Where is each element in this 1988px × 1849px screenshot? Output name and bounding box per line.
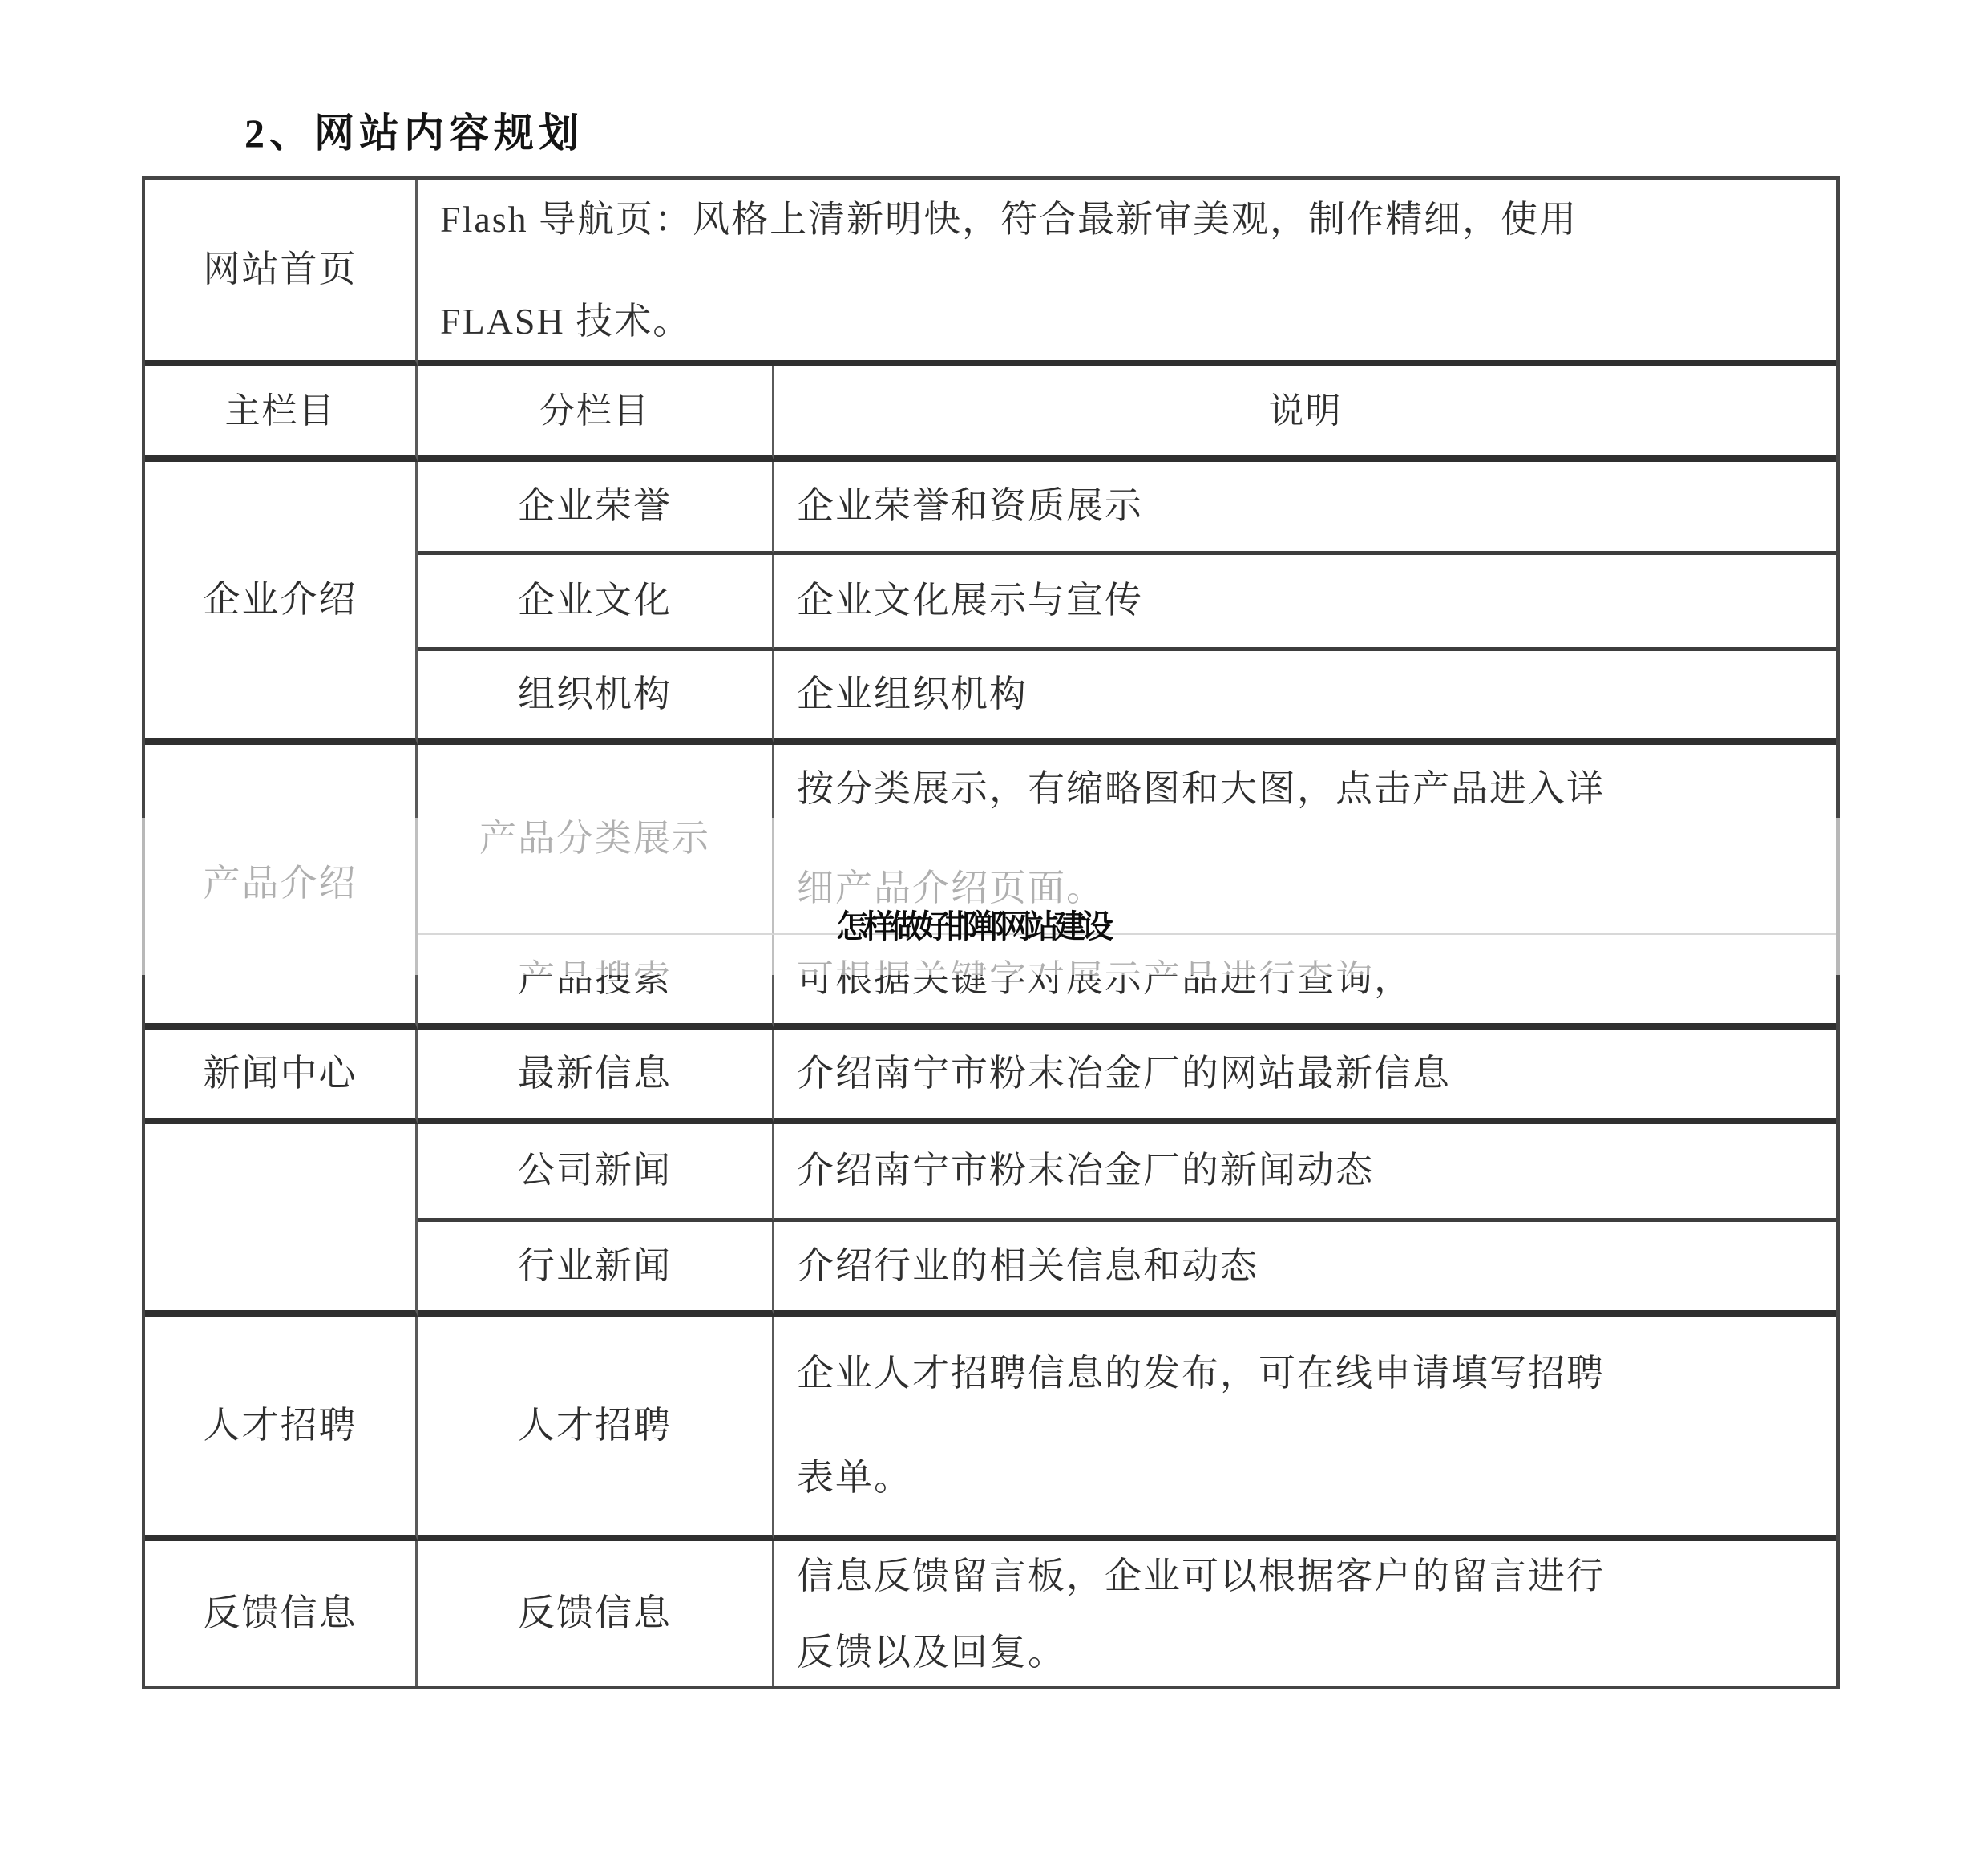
cell-desc-honor: 企业荣誉和资质展示 bbox=[774, 462, 1836, 555]
cell-main-news-center: 新闻中心 bbox=[145, 1030, 418, 1124]
cell-desc-feedback: 信息反馈留言板，企业可以根据客户的留言进行 反馈以及回复。 bbox=[774, 1541, 1836, 1686]
cell-sub-company-news: 公司新闻 bbox=[418, 1124, 774, 1222]
cell-sub-honor: 企业荣誉 bbox=[418, 462, 774, 555]
header-sub-column: 分栏目 bbox=[418, 366, 774, 462]
header-desc-column: 说明 bbox=[774, 366, 1836, 462]
cell-desc-latest-info: 介绍南宁市粉末冶金厂的网站最新信息 bbox=[774, 1030, 1836, 1124]
cell-sub-culture: 企业文化 bbox=[418, 555, 774, 651]
cell-main-news-empty bbox=[145, 1124, 418, 1317]
cell-desc-company-news: 介绍南宁市粉末冶金厂的新闻动态 bbox=[774, 1124, 1836, 1222]
cell-sub-feedback: 反馈信息 bbox=[418, 1541, 774, 1686]
cell-main-feedback: 反馈信息 bbox=[145, 1541, 418, 1686]
cell-main-recruitment: 人才招聘 bbox=[145, 1317, 418, 1541]
section-title: 2、网站内容规划 bbox=[244, 101, 584, 159]
cell-desc-culture: 企业文化展示与宣传 bbox=[774, 555, 1836, 651]
cell-sub-organization: 组织机构 bbox=[418, 651, 774, 745]
document-page: 2、网站内容规划 网站首页 Flash 导航页：风格上清新明快，符合最新审美观，… bbox=[0, 0, 1988, 1849]
cell-desc-recruitment: 企业人才招聘信息的发布，可在线申请填写招聘 表单。 bbox=[774, 1317, 1836, 1541]
cell-desc-organization: 企业组织机构 bbox=[774, 651, 1836, 745]
watermark-text: 怎样做好邯郸网站建设 bbox=[836, 901, 1109, 947]
cell-sub-latest-info: 最新信息 bbox=[418, 1030, 774, 1124]
header-main-column: 主栏目 bbox=[145, 366, 418, 462]
watermark-band bbox=[0, 818, 1988, 975]
cell-desc-home: Flash 导航页：风格上清新明快，符合最新审美观，制作精细，使用 FLASH … bbox=[418, 180, 1836, 366]
cell-main-home: 网站首页 bbox=[145, 180, 418, 366]
cell-sub-recruitment: 人才招聘 bbox=[418, 1317, 774, 1541]
cell-main-company-intro: 企业介绍 bbox=[145, 462, 418, 745]
cell-desc-industry-news: 介绍行业的相关信息和动态 bbox=[774, 1222, 1836, 1317]
cell-sub-industry-news: 行业新闻 bbox=[418, 1222, 774, 1317]
